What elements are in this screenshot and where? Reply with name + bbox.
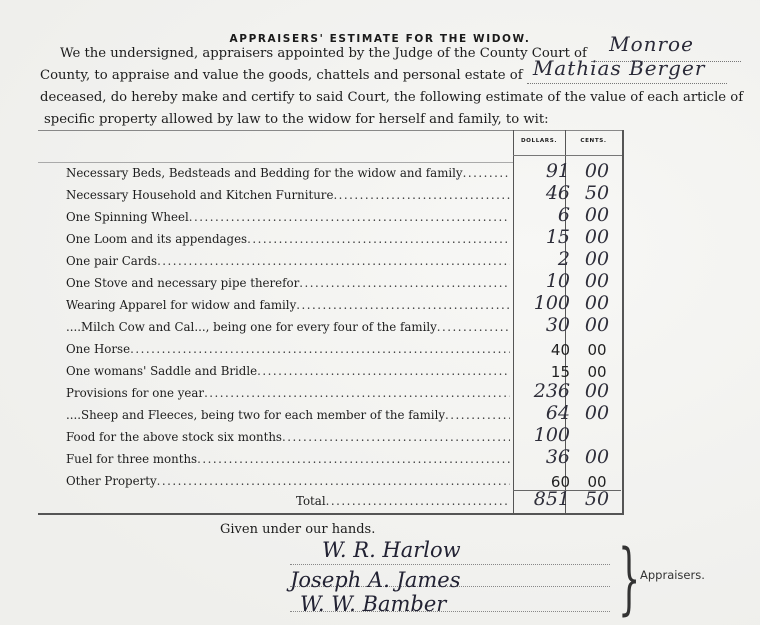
cents-value: 00 xyxy=(572,446,622,468)
item-label: Other Property..........................… xyxy=(66,474,510,488)
signature-appraiser-1: W. R. Harlow xyxy=(322,538,461,562)
dollars-value: 236 xyxy=(510,380,570,402)
cents-value: 00 xyxy=(572,270,622,292)
dollars-value: 30 xyxy=(510,314,570,336)
cents-value: 00 xyxy=(572,248,622,270)
dollars-value: 100 xyxy=(510,424,570,446)
item-label: One womans' Saddle and Bridle...........… xyxy=(66,364,510,378)
deceased-name-field: Mathias Berger xyxy=(527,68,727,84)
item-label: Provisions for one year.................… xyxy=(66,386,510,400)
intro-line-2: County, to appraise and value the goods,… xyxy=(40,68,727,84)
dollars-value: 100 xyxy=(510,292,570,314)
column-header-dollars: DOLLARS. xyxy=(513,138,565,144)
item-label: Necessary Beds, Bedsteads and Bedding fo… xyxy=(66,166,510,180)
right-brace: } xyxy=(618,540,640,618)
cents-value: 00 xyxy=(572,314,622,336)
dollars-value: 15 xyxy=(510,363,570,381)
dollars-value: 40 xyxy=(510,341,570,359)
cents-value: 00 xyxy=(572,402,622,424)
county-name-handwritten: Monroe xyxy=(609,32,694,56)
dollars-value: 64 xyxy=(510,402,570,424)
deceased-name-handwritten: Mathias Berger xyxy=(533,56,706,80)
cents-value: 00 xyxy=(572,341,622,359)
dollars-value: 10 xyxy=(510,270,570,292)
item-label: One pair Cards..........................… xyxy=(66,254,510,268)
signature-appraiser-2: Joseph A. James xyxy=(290,568,460,592)
table-right-border xyxy=(622,130,624,513)
item-label: One Stove and necessary pipe therefor...… xyxy=(66,276,510,290)
document-page: APPRAISERS' ESTIMATE FOR THE WIDOW. We t… xyxy=(0,0,760,625)
cents-value: 00 xyxy=(572,380,622,402)
item-label: ....Sheep and Fleeces, being two for eac… xyxy=(66,408,510,422)
dollars-value: 36 xyxy=(510,446,570,468)
total-cents: 50 xyxy=(572,488,622,510)
appraisers-label: Appraisers. xyxy=(640,568,705,582)
item-label: One Horse...............................… xyxy=(66,342,510,356)
item-label: Necessary Household and Kitchen Furnitur… xyxy=(66,188,510,202)
item-label: One Loom and its appendages.............… xyxy=(66,232,510,246)
item-label: Food for the above stock six months.....… xyxy=(66,430,510,444)
item-label: ....Milch Cow and Cal..., being one for … xyxy=(66,320,510,334)
item-label: Wearing Apparel for widow and family....… xyxy=(66,298,510,312)
signature-appraiser-3: W. W. Bamber xyxy=(300,592,446,616)
cents-value: 00 xyxy=(572,204,622,226)
cents-value: 50 xyxy=(572,182,622,204)
given-under-hands: Given under our hands. xyxy=(220,522,375,537)
item-label: One Spinning Wheel......................… xyxy=(66,210,510,224)
dollars-value: 2 xyxy=(510,248,570,270)
dollars-value: 46 xyxy=(510,182,570,204)
header-rule-values xyxy=(513,155,622,156)
dollars-value: 15 xyxy=(510,226,570,248)
intro-line-4: specific property allowed by law to the … xyxy=(44,112,549,127)
signature-line-1 xyxy=(290,563,610,565)
cents-value: 00 xyxy=(572,292,622,314)
cents-value: 00 xyxy=(572,363,622,381)
total-label: Total...................................… xyxy=(296,494,510,508)
total-dollars: 851 xyxy=(510,488,570,510)
dollars-value: 91 xyxy=(510,160,570,182)
dollars-value: 6 xyxy=(510,204,570,226)
cents-value: 00 xyxy=(572,160,622,182)
intro-line-3: deceased, do hereby make and certify to … xyxy=(40,90,743,105)
cents-value: 00 xyxy=(572,226,622,248)
column-header-cents: CENTS. xyxy=(565,138,622,144)
header-rule-left xyxy=(38,162,513,163)
item-label: Fuel for three months...................… xyxy=(66,452,510,466)
